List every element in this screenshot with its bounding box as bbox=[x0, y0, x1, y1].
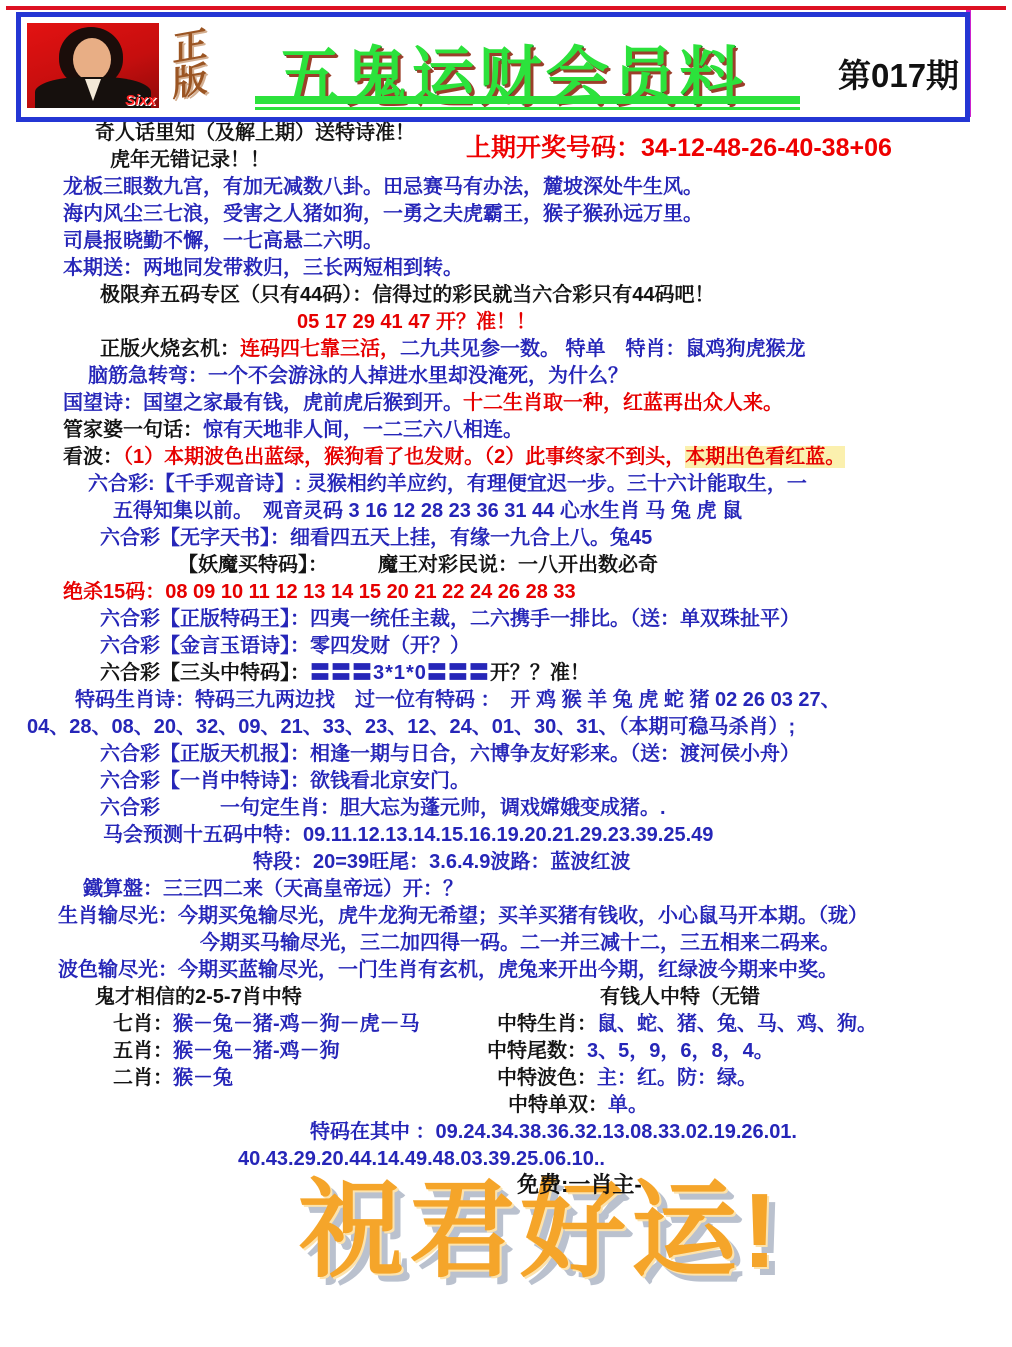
issue-number: 第017期 bbox=[838, 50, 959, 97]
title-underline-thick bbox=[255, 96, 800, 104]
text-line: 本期送：两地同发带救归，三长两短相到转。 bbox=[0, 255, 1012, 282]
text-line: 04、28、08、20、32、09、21、33、23、12、24、01、30、3… bbox=[0, 714, 1012, 741]
line-text: 管家婆一句话： bbox=[63, 419, 203, 441]
pick-label: 七肖： bbox=[113, 1013, 173, 1035]
pick-value: 鼠、蛇、猪、兔、马、鸡、狗。 bbox=[597, 1013, 877, 1035]
pick-value: 主：红。防：绿。 bbox=[597, 1067, 757, 1089]
masthead-photo: Sixx bbox=[27, 23, 159, 108]
line-text: 【妖魔买特码】： 魔王对彩民说：一八开出数必奇 bbox=[178, 554, 658, 576]
picks-row: 七肖：猴－兔－猪-鸡－狗－虎－马 中特生肖：鼠、蛇、猪、兔、马、鸡、狗。 bbox=[0, 1011, 1012, 1038]
picks-right-header: 有钱人中特（无错 bbox=[600, 986, 760, 1008]
pick-label: 中特波色： bbox=[497, 1067, 597, 1089]
line-text: 极限弃五码专区（只有44码）：信得过的彩民就当六合彩只有44码吧！ bbox=[100, 284, 715, 306]
text-line: 管家婆一句话：惊有天地非人间，一二三六八相连。 bbox=[0, 417, 1012, 444]
pick-value: 3、5，9，6，8，4。 bbox=[587, 1040, 774, 1062]
text-line: 六合彩【金言玉语诗】：零四发财（开？） bbox=[0, 633, 1012, 660]
line-text: 惊有天地非人间，一二三六八相连。 bbox=[203, 419, 523, 441]
previous-draw-result: 上期开奖号码：34-12-48-26-40-38+06 bbox=[466, 128, 892, 164]
line-text: 六合彩【正版特码王】：四夷一统任主裁，二六携手一排比。（送：单双珠扯平） bbox=[100, 608, 800, 630]
line-text: 六合彩:【千手观音诗】: 灵猴相约羊应约，有理便宜迟一步。三十六计能取生，一 bbox=[88, 473, 807, 495]
line-text: 05 17 29 41 47 开？准！！ bbox=[297, 311, 536, 333]
picks-row: 中特单双：单。 bbox=[0, 1092, 1012, 1119]
line-text: 连码四七靠三活， bbox=[240, 338, 400, 360]
pick-label: 五肖： bbox=[113, 1040, 173, 1062]
text-line: 龙板三眼数九宫，有加无减数八卦。田忌赛马有办法，麓坡深处牛生风。 bbox=[0, 174, 1012, 201]
text-line: 正版火烧玄机：连码四七靠三活，二九共见参一数。 特单 特肖：鼠鸡狗虎猴龙 bbox=[0, 336, 1012, 363]
line-text: 虎年无错记录！！ bbox=[110, 149, 270, 171]
pick-value: 猴－兔－猪-鸡－狗－虎－马 bbox=[173, 1013, 420, 1035]
line-text: 开？？准！ bbox=[490, 662, 590, 684]
line-text: 波色输尽光：今期买蓝输尽光，一门生肖有玄机，虎兔来开出今期，红绿波今期来中奖。 bbox=[58, 959, 838, 981]
text-line: 【妖魔买特码】： 魔王对彩民说：一八开出数必奇 bbox=[0, 552, 1012, 579]
line-text: 六合彩【正版天机报】：相逢一期与日合，六博争友好彩来。（送：渡河侯小舟） bbox=[100, 743, 800, 765]
text-line: 六合彩【无字天书】：细看四五天上挂，有缘一九合上八。兔45 bbox=[0, 525, 1012, 552]
line-text: 特码生肖诗：特码三九两边找 过一位有特码 ： 开 鸡 猴 羊 兔 虎 蛇 猪 0… bbox=[75, 689, 841, 711]
text-line: 六合彩【正版天机报】：相逢一期与日合，六博争友好彩来。（送：渡河侯小舟） bbox=[0, 741, 1012, 768]
line-text: （1）本期波色出蓝绿，猴狗看了也发财。（2）此事终家不到头， bbox=[123, 446, 685, 468]
line-text: 特码在其中 ：09.24.34.38.36.32.13.08.33.02.19.… bbox=[310, 1121, 797, 1143]
line-text: 脑筋急转弯：一个不会游泳的人掉进水里却没淹死，为什么？ bbox=[88, 365, 628, 387]
text-line: 极限弃五码专区（只有44码）：信得过的彩民就当六合彩只有44码吧！ bbox=[0, 282, 1012, 309]
pick-label: 二肖： bbox=[113, 1067, 173, 1089]
free-tip-note: 免费:一肖主- bbox=[517, 1168, 642, 1199]
pick-value: 猴－兔－猪-鸡－狗 bbox=[173, 1040, 340, 1062]
text-line: 国望诗：国望之家最有钱，虎前虎后猴到开。十二生肖取一种，红蓝再出众人来。 bbox=[0, 390, 1012, 417]
line-text: 奇人话里知（及解上期）送特诗准！ bbox=[95, 122, 415, 144]
photo-face-shape bbox=[73, 38, 111, 81]
tip-sheet-body: 奇人话里知（及解上期）送特诗准！ 虎年无错记录！！ 龙板三眼数九宫，有加无减数八… bbox=[0, 120, 1012, 1173]
line-text: 十二生肖取一种，红蓝再出众人来。 bbox=[463, 392, 783, 414]
line-text: 生肖输尽光：今期买兔输尽光，虎牛龙狗无希望；买羊买猪有钱收，小心鼠马开本期。（珑… bbox=[58, 905, 868, 927]
pick-value: 单。 bbox=[608, 1094, 648, 1116]
pick-label: 中特生肖： bbox=[497, 1013, 597, 1035]
text-line: 特码生肖诗：特码三九两边找 过一位有特码 ： 开 鸡 猴 羊 兔 虎 蛇 猪 0… bbox=[0, 687, 1012, 714]
pick-label: 中特单双： bbox=[508, 1094, 608, 1116]
line-text: 今期买马输尽光，三二加四得一码。二一并三减十二，三五相来二码来。 bbox=[200, 932, 840, 954]
picks-row: 五肖：猴－兔－猪-鸡－狗 中特尾数：3、5，9，6，8，4。 bbox=[0, 1038, 1012, 1065]
pick-value: 猴－兔 bbox=[173, 1067, 233, 1089]
line-text: 六合彩【无字天书】：细看四五天上挂，有缘一九合上八。兔45 bbox=[100, 527, 652, 549]
text-line: 五得知集以前。 观音灵码 3 16 12 28 23 36 31 44 心水生肖… bbox=[0, 498, 1012, 525]
line-text: 国望诗：国望之家最有钱，虎前虎后猴到开。 bbox=[63, 392, 463, 414]
line-text: 绝杀15码：08 09 10 11 12 13 14 15 20 21 22 2… bbox=[63, 581, 576, 603]
picks-header-row: 鬼才相信的2-5-7肖中特 有钱人中特（无错 bbox=[0, 984, 1012, 1011]
line-text: 六合彩【一肖中特诗】：欲钱看北京安门。 bbox=[100, 770, 470, 792]
text-line: 今期买马输尽光，三二加四得一码。二一并三减十二，三五相来二码来。 bbox=[0, 930, 1012, 957]
line-text: 本期送：两地同发带救归，三长两短相到转。 bbox=[63, 257, 463, 279]
text-line: 看波：（1）本期波色出蓝绿，猴狗看了也发财。（2）此事终家不到头，本期出色看红蓝… bbox=[0, 444, 1012, 471]
blue-bars-code: 〓〓〓3*1*0〓〓〓 bbox=[310, 662, 490, 684]
text-line: 司晨报晓勤不懈，一七高悬二六明。 bbox=[0, 228, 1012, 255]
special-codes-line: 特码在其中 ：09.24.34.38.36.32.13.08.33.02.19.… bbox=[0, 1119, 1012, 1146]
line-text: 鐵算盤：三三四二来（天高皇帝远）开：？ bbox=[83, 878, 463, 900]
line-text: 龙板三眼数九宫，有加无减数八卦。田忌赛马有办法，麓坡深处牛生风。 bbox=[63, 176, 703, 198]
line-text: 六合彩【三头中特码】： bbox=[100, 662, 310, 684]
special-codes-line: 40.43.29.20.44.14.49.48.03.39.25.06.10.. bbox=[0, 1146, 1012, 1173]
photo-watermark-text: Sixx bbox=[125, 92, 156, 108]
picks-left-header: 鬼才相信的2-5-7肖中特 bbox=[95, 986, 302, 1008]
line-text: 看波： bbox=[63, 446, 123, 468]
line-text: 本期出色看红蓝。 bbox=[685, 446, 845, 468]
line-text: 40.43.29.20.44.14.49.48.03.39.25.06.10.. bbox=[238, 1148, 605, 1170]
line-text: 司晨报晓勤不懈，一七高悬二六明。 bbox=[63, 230, 383, 252]
text-line: 六合彩【正版特码王】：四夷一统任主裁，二六携手一排比。（送：单双珠扯平） bbox=[0, 606, 1012, 633]
text-line: 绝杀15码：08 09 10 11 12 13 14 15 20 21 22 2… bbox=[0, 579, 1012, 606]
top-red-rule bbox=[6, 6, 1006, 10]
pick-label: 中特尾数： bbox=[487, 1040, 587, 1062]
line-text: 二九共见参一数。 特单 特肖：鼠鸡狗虎猴龙 bbox=[400, 338, 806, 360]
line-text: 海内风尘三七浪，受害之人猪如狗，一勇之夫虎霸王，猴子猴孙远万里。 bbox=[63, 203, 703, 225]
picks-row: 二肖：猴－兔 中特波色：主：红。防：绿。 bbox=[0, 1065, 1012, 1092]
text-line: 鐵算盤：三三四二来（天高皇帝远）开：？ bbox=[0, 876, 1012, 903]
text-line: 六合彩【一肖中特诗】：欲钱看北京安门。 bbox=[0, 768, 1012, 795]
text-line: 六合彩 一句定生肖：胆大忘为蓬元帅，调戏嫦娥变成猪。. bbox=[0, 795, 1012, 822]
text-line: 六合彩:【千手观音诗】: 灵猴相约羊应约，有理便宜迟一步。三十六计能取生，一 bbox=[0, 471, 1012, 498]
text-line: 波色输尽光：今期买蓝输尽光，一门生肖有玄机，虎兔来开出今期，红绿波今期来中奖。 bbox=[0, 957, 1012, 984]
line-text: 特段：20=39旺尾：3.6.4.9波路：蓝波红波 bbox=[253, 851, 630, 873]
line-text: 正版火烧玄机： bbox=[100, 338, 240, 360]
text-line: 六合彩【三头中特码】：〓〓〓3*1*0〓〓〓开？？准！ bbox=[0, 660, 1012, 687]
lottery-tip-sheet: Sixx 正版 五鬼运财会员料 第017期 上期开奖号码：34-12-48-26… bbox=[0, 0, 1012, 1347]
text-line: 马会预测十五码中特：09.11.12.13.14.15.16.19.20.21.… bbox=[0, 822, 1012, 849]
title-underline-thin bbox=[255, 107, 800, 110]
line-text: 五得知集以前。 观音灵码 3 16 12 28 23 36 31 44 心水生肖… bbox=[113, 500, 742, 522]
text-line: 05 17 29 41 47 开？准！！ bbox=[0, 309, 1012, 336]
line-text: 六合彩 一句定生肖：胆大忘为蓬元帅，调戏嫦娥变成猪。. bbox=[100, 797, 666, 819]
edition-label: 正版 bbox=[166, 24, 208, 115]
line-text: 04、28、08、20、32、09、21、33、23、12、24、01、30、3… bbox=[27, 716, 795, 738]
text-line: 特段：20=39旺尾：3.6.4.9波路：蓝波红波 bbox=[0, 849, 1012, 876]
line-text: 马会预测十五码中特：09.11.12.13.14.15.16.19.20.21.… bbox=[103, 824, 713, 846]
text-line: 脑筋急转弯：一个不会游泳的人掉进水里却没淹死，为什么？ bbox=[0, 363, 1012, 390]
text-line: 生肖输尽光：今期买兔输尽光，虎牛龙狗无希望；买羊买猪有钱收，小心鼠马开本期。（珑… bbox=[0, 903, 1012, 930]
text-line: 海内风尘三七浪，受害之人猪如狗，一勇之夫虎霸王，猴子猴孙远万里。 bbox=[0, 201, 1012, 228]
line-text: 六合彩【金言玉语诗】：零四发财（开？） bbox=[100, 635, 470, 657]
